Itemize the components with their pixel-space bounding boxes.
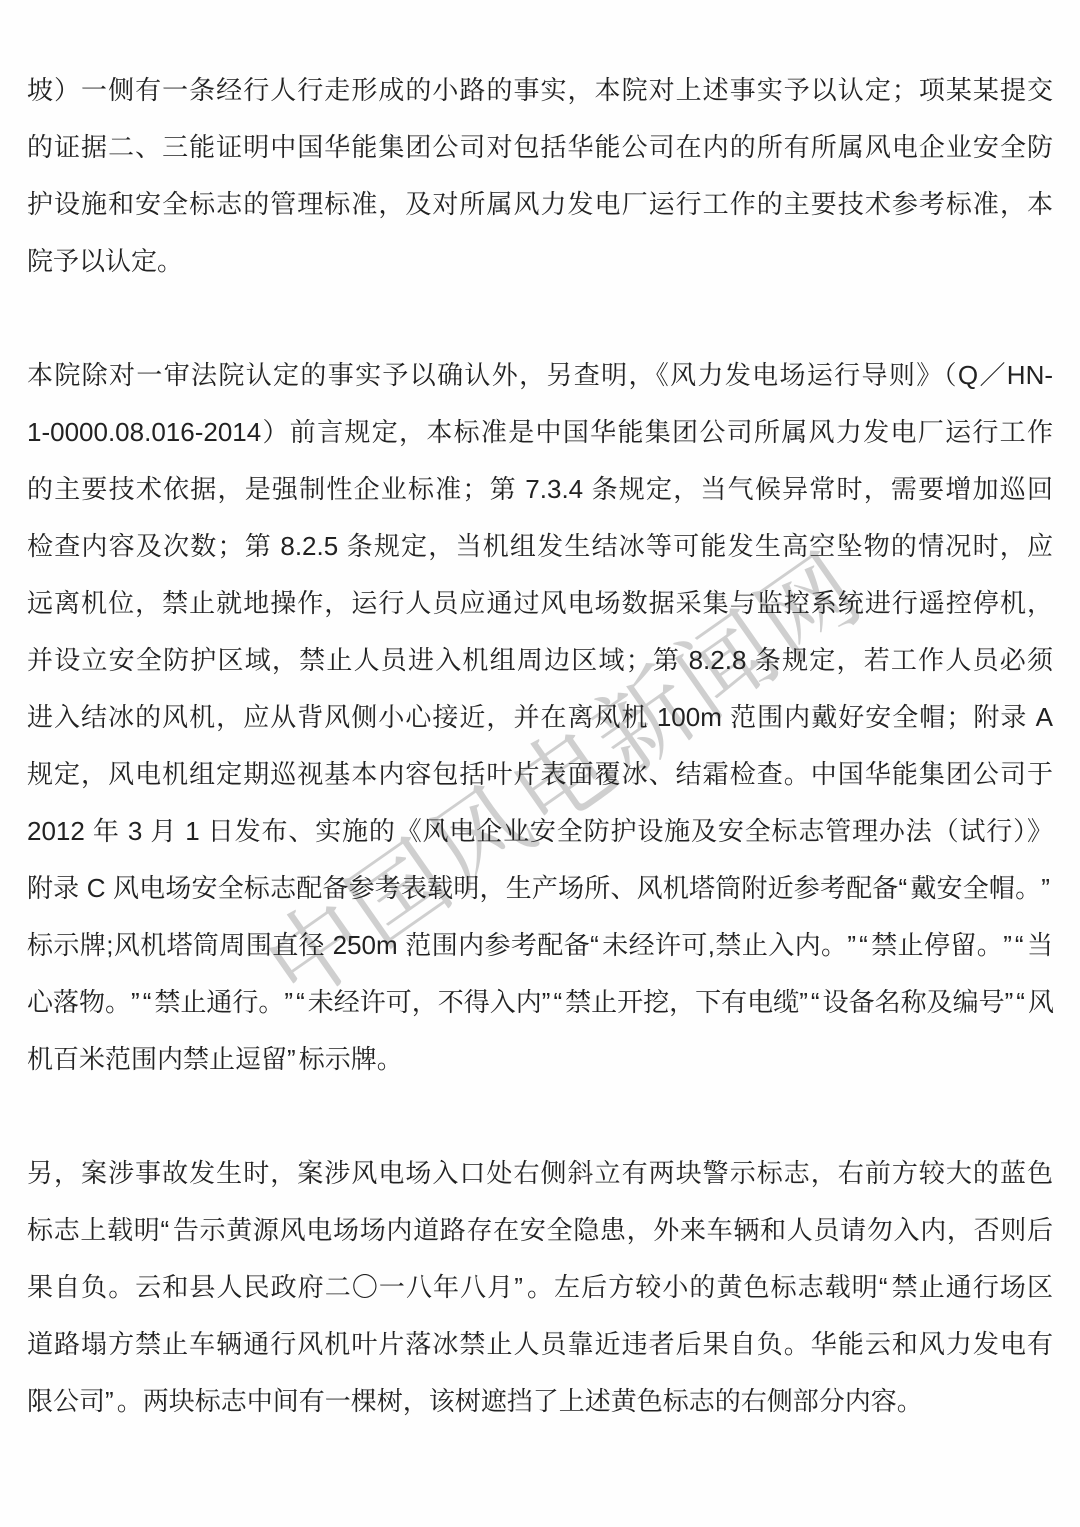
text-line: 另，案涉事故发生时，案涉风电场入口处右侧斜立有两块警示标志，右前方较大的蓝色 (27, 1145, 1053, 1202)
text-line: 附录 C 风电场安全标志配备参考表载明，生产场所、风机塔筒附近参考配备“戴安全帽… (27, 860, 1053, 917)
text-line: 限公司”。两块标志中间有一棵树，该树遮挡了上述黄色标志的右侧部分内容。 (27, 1373, 1053, 1430)
text-line: 的证据二、三能证明中国华能集团公司对包括华能公司在内的所有所属风电企业安全防 (27, 119, 1053, 176)
text-line: 机百米范围内禁止逗留”标示牌。 (27, 1031, 1053, 1088)
text-line: 检查内容及次数；第 8.2.5 条规定，当机组发生结冰等可能发生高空坠物的情况时… (27, 518, 1053, 575)
text-line: 本院除对一审法院认定的事实予以确认外，另查明，《风力发电场运行导则》（Q／HN- (27, 347, 1053, 404)
text-line: 心落物。”“禁止通行。”“未经许可，不得入内”“禁止开挖，下有电缆”“设备名称及… (27, 974, 1053, 1031)
paragraph-fact-confirmation: 坡）一侧有一条经行人行走形成的小路的事实，本院对上述事实予以认定；项某某提交 的… (27, 62, 1053, 290)
text-line: 进入结冰的风机，应从背风侧小心接近，并在离风机 100m 范围内戴好安全帽；附录… (27, 689, 1053, 746)
text-line: 护设施和安全标志的管理标准，及对所属风力发电厂运行工作的主要技术参考标准，本 (27, 176, 1053, 233)
paragraph-warning-signs: 另，案涉事故发生时，案涉风电场入口处右侧斜立有两块警示标志，右前方较大的蓝色 标… (27, 1145, 1053, 1430)
text-line: 2012 年 3 月 1 日发布、实施的《风电企业安全防护设施及安全标志管理办法… (27, 803, 1053, 860)
text-line: 标示牌;风机塔筒周围直径 250m 范围内参考配备“未经许可,禁止入内。”“禁止… (27, 917, 1053, 974)
text-line: 院予以认定。 (27, 233, 1053, 290)
text-line: 坡）一侧有一条经行人行走形成的小路的事实，本院对上述事实予以认定；项某某提交 (27, 62, 1053, 119)
paragraph-additional-findings: 本院除对一审法院认定的事实予以确认外，另查明，《风力发电场运行导则》（Q／HN-… (27, 347, 1053, 1088)
judgment-text: 坡）一侧有一条经行人行走形成的小路的事实，本院对上述事实予以认定；项某某提交 的… (27, 62, 1053, 1487)
text-line: 远离机位，禁止就地操作，运行人员应通过风电场数据采集与监控系统进行遥控停机， (27, 575, 1053, 632)
text-line: 规定，风电机组定期巡视基本内容包括叶片表面覆冰、结霜检查。中国华能集团公司于 (27, 746, 1053, 803)
text-line: 的主要技术依据，是强制性企业标准；第 7.3.4 条规定，当气候异常时，需要增加… (27, 461, 1053, 518)
text-line: 道路塌方禁止车辆通行风机叶片落冰禁止人员靠近违者后果自负。华能云和风力发电有 (27, 1316, 1053, 1373)
text-line: 并设立安全防护区域，禁止人员进入机组周边区域；第 8.2.8 条规定，若工作人员… (27, 632, 1053, 689)
text-line: 1-0000.08.016-2014）前言规定，本标准是中国华能集团公司所属风力… (27, 404, 1053, 461)
text-line: 果自负。云和县人民政府二〇一八年八月”。左后方较小的黄色标志载明“禁止通行场区 (27, 1259, 1053, 1316)
text-line: 标志上载明“告示黄源风电场场内道路存在安全隐患，外来车辆和人员请勿入内，否则后 (27, 1202, 1053, 1259)
document-page: 中国风电新闻网 坡）一侧有一条经行人行走形成的小路的事实，本院对上述事实予以认定… (0, 0, 1080, 1527)
